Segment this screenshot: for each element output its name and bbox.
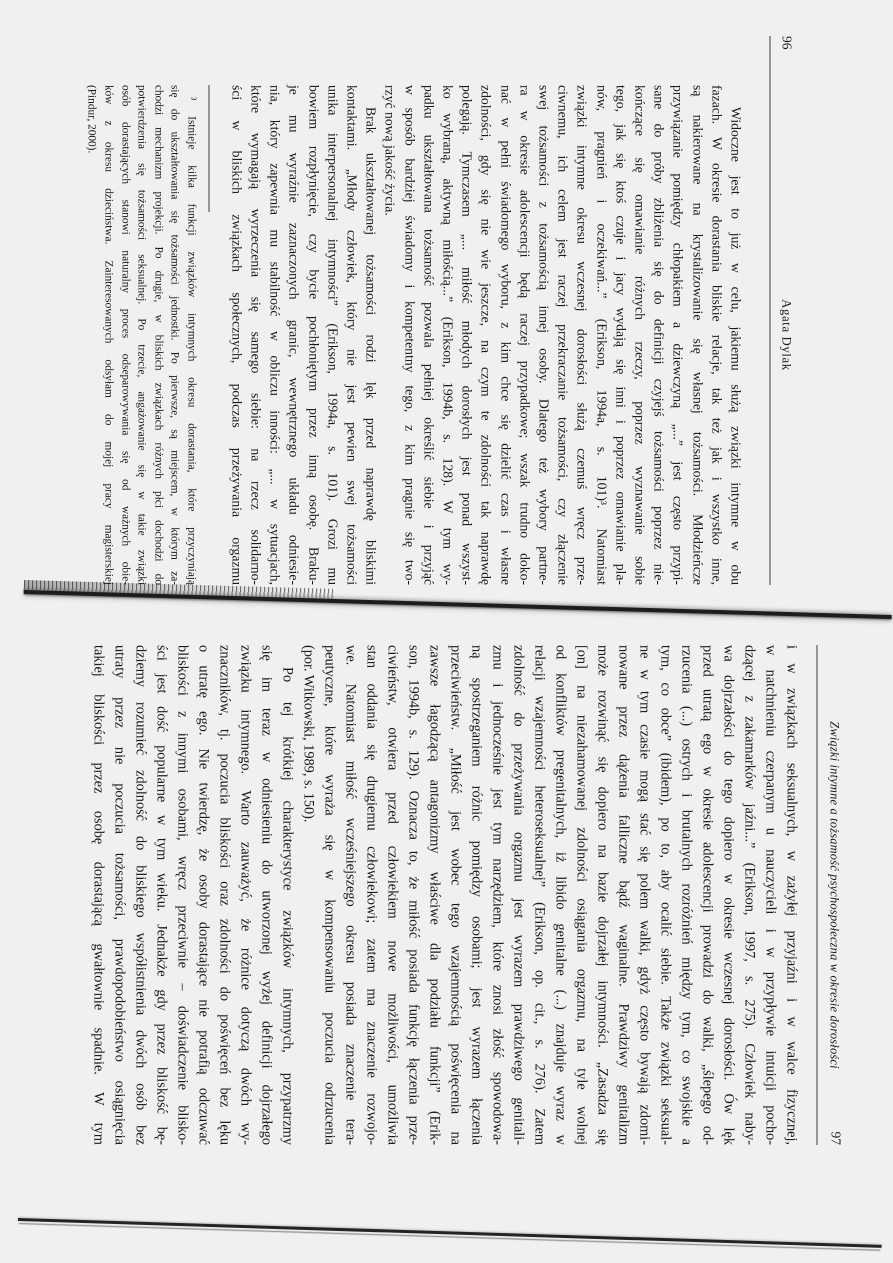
text-line: bliskości z innymi osobami, wręcz przeci… xyxy=(171,645,192,1145)
text-line: stan oddania się drugiemu człowiekowi; z… xyxy=(360,645,381,1145)
text-line: bowiem rozpłynięcie, czy bycie pochłonię… xyxy=(303,85,322,585)
text-line: znaczników, tj. poczucia bliskości oraz … xyxy=(213,645,234,1145)
footnote-separator xyxy=(208,85,209,212)
text-line: ko wybraną, aktywną miłością...” (Erikso… xyxy=(438,85,457,585)
text-line: polegają. Tymczasem „... miłość młodych … xyxy=(457,85,476,585)
page-97-sheet: Związki intymne a tożsamość psychospołec… xyxy=(0,592,893,1210)
text-line: unika interpersonalnej intymności” (Erik… xyxy=(323,85,342,585)
text-line: nowane przez dążenia falliczne bądź wagi… xyxy=(612,645,633,1145)
text-line: ciwnemu, ich celem jest raczej przekracz… xyxy=(553,85,572,585)
text-line: i w związkach seksualnych, w zażyłej prz… xyxy=(780,645,801,1145)
text-line: ³ Istnieje kilka funkcji związków intymn… xyxy=(182,85,199,585)
text-line: się do ukształtowania się tożsamości jed… xyxy=(166,85,183,585)
running-head-author: Agata Dylak xyxy=(778,85,793,585)
text-line: zdolność do przeżywania orgazmu jest wyr… xyxy=(507,645,528,1145)
text-line: dzącej z zakamarków jaźni...” (Erikson, … xyxy=(738,645,759,1145)
text-line: zdolności, gdy się nie wie jeszcze, na c… xyxy=(476,85,495,585)
text-line: zmu i jednocześnie jest tym narzędziem, … xyxy=(486,645,507,1145)
text-line: związku intymnego. Warto zauważyć, że ró… xyxy=(234,645,255,1145)
text-line: nów, pragnień i oczekiwań...” (Erikson, … xyxy=(591,85,610,585)
text-line: w natchnieniu czerpanym u nauczycieli i … xyxy=(759,645,780,1145)
text-line: kontaktami. „Młody człowiek, który nie j… xyxy=(342,85,361,585)
text-line: tego, jak się ktoś czuje i jacy wydają s… xyxy=(611,85,630,585)
text-line: kończące się omawianie różnych rzeczy, p… xyxy=(630,85,649,585)
text-line: są nakierowane na krystalizowanie się wł… xyxy=(687,85,706,585)
text-line: fazach. W okresie dorastania bliskie rel… xyxy=(707,85,726,585)
page-96-footnote: ³ Istnieje kilka funkcji związków intymn… xyxy=(83,85,199,585)
text-line: przed utratą ego w okresie adolescencji … xyxy=(696,645,717,1145)
text-line: (por. Witkowski, 1989, s. 150). xyxy=(297,645,318,1145)
text-line: ciwieństw, otwiera przed człowiekiem now… xyxy=(381,645,402,1145)
text-line: się im teraz w odniesieniu do utworzonej… xyxy=(255,645,276,1145)
text-line: ków z okresu dzieciństwa. Zainteresowany… xyxy=(99,85,116,585)
header-rule xyxy=(816,645,817,1145)
text-line: nia, który zapewnia mu stabilność w obli… xyxy=(265,85,284,585)
text-line: w sposób bardziej świadomy i kompetentny… xyxy=(399,85,418,585)
page-number: 96 xyxy=(778,36,794,50)
text-line: ści w bliskich związkach społecznych, po… xyxy=(227,85,246,585)
text-line: Po tej krótkiej charakterystyce związków… xyxy=(276,645,297,1145)
text-line: takiej bliskości przez osobę dorastającą… xyxy=(87,645,108,1145)
page-97: Związki intymne a tożsamość psychospołec… xyxy=(0,592,893,1210)
text-line: son, 1994b, s. 129). Oznacza to, że miło… xyxy=(402,645,423,1145)
text-line: potwierdzenia się tożsamości seksualnej.… xyxy=(133,85,150,585)
text-line: ści jest dość popularne w tym wieku. Jed… xyxy=(150,645,171,1145)
text-line: utraty przez nie poczucia tożsamości, pr… xyxy=(108,645,129,1145)
text-line: swej tożsamości z tożsamością innej osob… xyxy=(534,85,553,585)
scanned-book-spread: { "colors": { "paper": "#f1f0ee", "ink":… xyxy=(0,0,893,1263)
text-line: od konfliktów pregenitalnych, iż libido … xyxy=(549,645,570,1145)
text-line: relacji wzajemności heteroseksualnej” (E… xyxy=(528,645,549,1145)
text-line: o utratę ego. Nie twierdzę, że osoby dor… xyxy=(192,645,213,1145)
text-line: osób dorastających stanowi naturalny pro… xyxy=(116,85,133,585)
text-line: które wymagają wyrzeczenia się samego si… xyxy=(246,85,265,585)
text-line: we. Natomiast miłość wcześniejszego okre… xyxy=(339,645,360,1145)
text-line: sane do próby zbliżenia się do definicji… xyxy=(649,85,668,585)
text-line: peutyczne, które wyraża się w kompensowa… xyxy=(318,645,339,1145)
header-rule xyxy=(769,36,770,585)
text-line: chodzi mechanizm projekcji. Po drugie, w… xyxy=(149,85,166,585)
text-line: rzucenia (...) ostrych i brutalnych rozr… xyxy=(675,645,696,1145)
page-96-sheet: 96 Agata Dylak Widoczne jest to już w ce… xyxy=(0,0,893,592)
text-line: wa dojrzałości do tego dopiero w okresie… xyxy=(717,645,738,1145)
text-line: Widoczne jest to już w celu, jakiemu słu… xyxy=(726,85,745,585)
text-line: tym, co obce” (ibidem), po to, aby ocali… xyxy=(654,645,675,1145)
text-line: (Pindur, 2000). xyxy=(83,85,100,585)
text-line: ra w okresie adolescencji będą raczej pr… xyxy=(515,85,534,585)
page-97-body-text: i w związkach seksualnych, w zażyłej prz… xyxy=(87,645,801,1145)
page-96-body-text: Widoczne jest to już w celu, jakiemu słu… xyxy=(227,85,745,585)
text-line: ną spostrzeganiem różnic pomiędzy osobam… xyxy=(465,645,486,1145)
text-line: może rozwinąć się dopiero na bazie dojrz… xyxy=(591,645,612,1145)
page-96: 96 Agata Dylak Widoczne jest to już w ce… xyxy=(0,0,893,592)
text-line: przeciwieństw. „Miłość jest wobec tego w… xyxy=(444,645,465,1145)
page-number: 97 xyxy=(827,645,843,1145)
text-line: dziemy rozumieć zdolność do bliskiego ws… xyxy=(129,645,150,1145)
text-line: związki intymne okresu wczesnej dorosłoś… xyxy=(572,85,591,585)
text-line: je mu wyraźnie zaznaczonych granic, wewn… xyxy=(284,85,303,585)
text-line: rzyć nową jakość życia. xyxy=(380,85,399,585)
text-line: padku ukształtowana tożsamość pozwala pe… xyxy=(419,85,438,585)
text-line: Brak ukształtowanej tożsamości rodzi lęk… xyxy=(361,85,380,585)
text-line: przywiązanie pomiędzy chłopakiem a dziew… xyxy=(668,85,687,585)
text-line: nać w pełni świadomego wyboru, z kim chc… xyxy=(495,85,514,585)
text-line: [on] na niezahamowanej zdolności osiągan… xyxy=(570,645,591,1145)
text-line: zawsze łagodzącą antagonizmy właściwe dl… xyxy=(423,645,444,1145)
book-edge-streak-bottom xyxy=(18,1218,882,1248)
text-line: ne w tym czasie mogą stać się polem walk… xyxy=(633,645,654,1145)
